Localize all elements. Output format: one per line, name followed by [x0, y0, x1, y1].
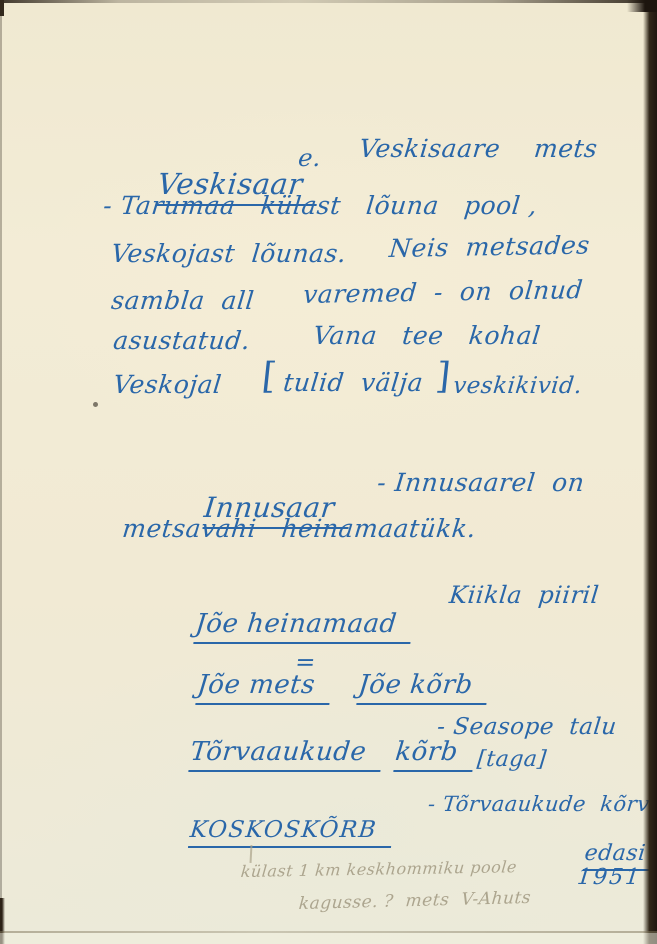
veskisaar-line2: - Tarumaa külast lõuna pool , [102, 193, 539, 219]
paper-crease-line [0, 931, 657, 933]
veskisaar-line5a: asustatud. [112, 328, 251, 354]
scan-corner-top-left [0, 0, 4, 16]
torvaaukude-note1: - Seasope talu [436, 715, 618, 739]
veskisaar-line5b: Vana tee kohal [312, 323, 542, 349]
joe-heinamaad-note: Kiikla piiril [448, 583, 600, 608]
scan-corner-bottom-left [0, 898, 5, 944]
veskisaar-alt-name: Veskisaare mets [358, 136, 599, 162]
bracket-open: [ [260, 358, 279, 396]
heading-torvaaukude: Tõrvaaukude [151, 712, 387, 794]
scanned-manuscript-page: Veskisaar e. Veskisaare mets - Tarumaa k… [0, 0, 657, 944]
veskisaar-line6c: veskikivid. [452, 374, 583, 398]
heading-torvaaukude-korb-text: kõrb [393, 737, 475, 772]
scan-corner-top-right [627, 0, 657, 12]
heading-koskoskorb: KOSKOSKÕRB [151, 794, 397, 866]
paper-bottom-strip [0, 933, 657, 944]
pencil-note-line1: külast 1 km keskhommiku poole [240, 859, 518, 881]
veskisaar-line3b: Neis metsades [388, 233, 591, 263]
ink-speck [93, 402, 98, 407]
heading-koskoskorb-text: KOSKOSKÕRB [188, 817, 394, 848]
pencil-note-line2: kagusse. ? mets V-Ahuts [298, 890, 532, 914]
heading-joe-heinamaad-text: Jõe heinamaad [193, 609, 414, 644]
veskisaar-line6a: Veskojal [112, 372, 223, 398]
innusaar-note: - Innusaarel on [376, 470, 586, 496]
year-label: 1951 [576, 866, 642, 889]
veskisaar-line3a: Veskojast lõunas. [110, 241, 348, 267]
bracket-close: ] [434, 358, 453, 396]
scan-edge-top [0, 0, 657, 3]
veskisaar-line6b: tulid välja [282, 370, 424, 396]
torvaaukude-note2: [taga] [476, 748, 548, 771]
innusaar-line2: metsavahi heinamaatükk. [121, 516, 477, 542]
veskisaar-line4a: sambla all [110, 288, 255, 314]
koskoskorb-note1: - Tõrvaaukude kõrvest [427, 793, 657, 815]
joe-mets-equals: = [294, 650, 317, 675]
veskisaar-eq: e. [297, 146, 322, 171]
veskisaar-line4b: varemed - on olnud [302, 277, 584, 308]
scan-edge-left [0, 0, 2, 944]
heading-torvaaukude-text: Tõrvaaukude [188, 737, 384, 772]
heading-joe-korb-text: Jõe kõrb [356, 670, 490, 705]
